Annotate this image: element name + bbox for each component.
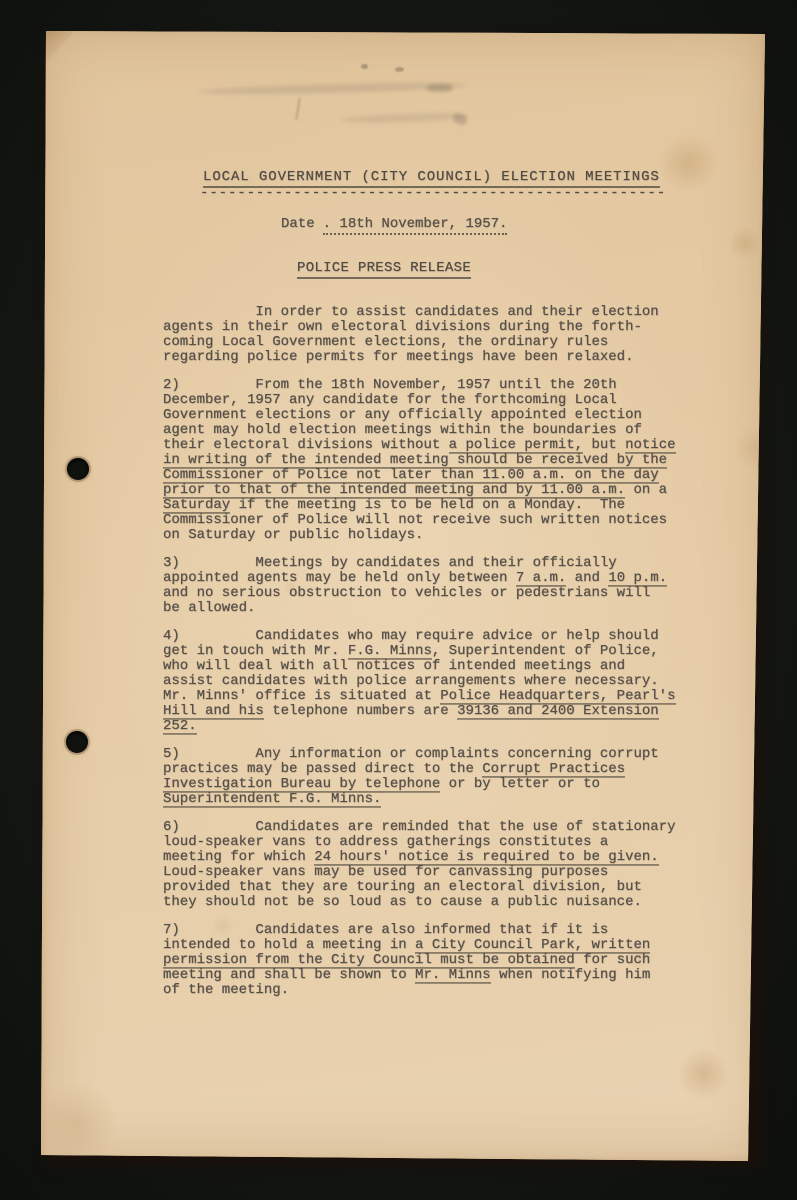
press-release-heading: POLICE PRESS RELEASE (297, 261, 738, 276)
text-run: , Superintendent of Police, (432, 643, 659, 659)
text-run: and (566, 570, 608, 586)
document-line: In order to assist candidates and their … (163, 305, 738, 320)
text-run: Mr. Minns' office is situated at (163, 688, 440, 704)
document-line: meeting for which 24 hours' notice is re… (163, 850, 738, 865)
text-run: get in touch with Mr. (163, 643, 348, 659)
document-line: Mr. Minns' office is situated at Police … (163, 689, 738, 704)
document-line: 252. (163, 719, 738, 734)
document-line: meeting and shall be shown to Mr. Minns … (163, 968, 738, 983)
press-release-heading-text: POLICE PRESS RELEASE (297, 260, 471, 279)
document-body: In order to assist candidates and their … (163, 305, 738, 998)
text-run: when notifying him (491, 967, 651, 983)
paragraph: 7) Candidates are also informed that if … (163, 923, 738, 998)
ink-speck (395, 67, 404, 72)
text-run: In order to assist candidates and their … (163, 304, 659, 320)
document-line: who will deal with all notices of intend… (163, 659, 738, 674)
document-line: they should not be so loud as to cause a… (163, 895, 738, 910)
text-run: provided that they are touring an electo… (163, 879, 642, 895)
text-run: their electoral divisions without (163, 437, 449, 453)
text-run: agents in their own electoral divisions … (163, 319, 642, 335)
punch-hole-top (67, 458, 89, 480)
text-run: December, 1957 any candidate for the for… (163, 392, 617, 408)
text-run: Government elections or any officially a… (163, 407, 642, 423)
text-run: on Saturday or public holidays. (163, 527, 423, 543)
text-run: intended to hold a meeting in (163, 937, 415, 953)
text-run: loud-speaker vans to address gatherings … (163, 834, 608, 850)
text-run: telephone numbers are (264, 703, 457, 719)
document-line: be allowed. (163, 601, 738, 616)
punch-hole-bottom (66, 731, 88, 753)
document-line: assist candidates with police arrangemen… (163, 674, 738, 689)
document-line: Superintendent F.G. Minns. (163, 792, 738, 807)
text-run: assist candidates with police arrangemen… (163, 673, 659, 689)
text-run: 7) Candidates are also informed that if … (163, 922, 608, 938)
document-line: Commissioner of Police not later than 11… (163, 468, 738, 483)
text-run: but (583, 437, 625, 453)
paragraph: 4) Candidates who may require advice or … (163, 629, 738, 734)
text-run: regarding police permits for meetings ha… (163, 349, 633, 365)
document-line: prior to that of the intended meeting an… (163, 483, 738, 498)
text-run: 3) Meetings by candidates and their offi… (163, 555, 617, 571)
text-run: coming Local Government elections, the o… (163, 334, 608, 350)
date-value: . 18th November, 1957. (323, 216, 508, 235)
document-line: intended to hold a meeting in a City Cou… (163, 938, 738, 953)
date-label: Date (281, 216, 315, 232)
text-run: or by letter or to (440, 776, 600, 792)
document-line: and no serious obstruction to vehicles o… (163, 586, 738, 601)
text-run: Commissioner of Police will not receive … (163, 512, 667, 528)
paragraph: 6) Candidates are reminded that the use … (163, 820, 738, 910)
pencil-underlined-text: Superintendent F.G. Minns. (163, 791, 381, 808)
text-run: practices may be passed direct to the (163, 761, 482, 777)
document-line: 3) Meetings by candidates and their offi… (163, 556, 738, 571)
text-run: 5) Any information or complaints concern… (163, 746, 659, 762)
pencil-underlined-text: 39136 and 2400 Extension (457, 703, 659, 720)
document-line: get in touch with Mr. F.G. Minns, Superi… (163, 644, 738, 659)
text-run: if the meeting is to be held on a Monday… (230, 497, 625, 513)
document-line: their electoral divisions without a poli… (163, 438, 738, 453)
pencil-underlined-text: 252. (163, 718, 197, 735)
text-run: 2) From the 18th November, 1957 until th… (163, 377, 617, 393)
document-line: Hill and his telephone numbers are 39136… (163, 704, 738, 719)
text-run: 6) Candidates are reminded that the use … (163, 819, 675, 835)
corner-fold (41, 28, 77, 70)
document-line: on Saturday or public holidays. (163, 528, 738, 543)
text-run: be allowed. (163, 600, 255, 616)
document-line: 4) Candidates who may require advice or … (163, 629, 738, 644)
text-run: agent may hold election meetings within … (163, 422, 642, 438)
document-line: agents in their own electoral divisions … (163, 320, 738, 335)
pencil-underlined-text: Mr. Minns (415, 967, 491, 984)
text-run: who will deal with all notices of intend… (163, 658, 625, 674)
paragraph: 2) From the 18th November, 1957 until th… (163, 378, 738, 543)
pencil-scribble (295, 98, 300, 120)
paragraph: In order to assist candidates and their … (163, 305, 738, 365)
document-line: Government elections or any officially a… (163, 408, 738, 423)
text-run: appointed agents may be held only betwee… (163, 570, 516, 586)
document-line: 7) Candidates are also informed that if … (163, 923, 738, 938)
document-line: permission from the City Council must be… (163, 953, 738, 968)
document-line: agent may hold election meetings within … (163, 423, 738, 438)
document-title: LOCAL GOVERNMENT (CITY COUNCIL) ELECTION… (203, 170, 738, 185)
title-dashed-rule: ----------------------------------------… (200, 186, 738, 201)
document-line: coming Local Government elections, the o… (163, 335, 738, 350)
text-run: meeting for which (163, 849, 314, 865)
paragraph: 3) Meetings by candidates and their offi… (163, 556, 738, 616)
document-content: LOCAL GOVERNMENT (CITY COUNCIL) ELECTION… (163, 170, 738, 998)
document-line: 6) Candidates are reminded that the use … (163, 820, 738, 835)
text-run: on a (625, 482, 667, 498)
paragraph: 5) Any information or complaints concern… (163, 747, 738, 807)
text-run: meeting and shall be shown to (163, 967, 415, 983)
document-page: LOCAL GOVERNMENT (CITY COUNCIL) ELECTION… (41, 28, 765, 1161)
text-run: they should not be so loud as to cause a… (163, 894, 642, 910)
document-line: of the meeting. (163, 983, 738, 998)
document-line: provided that they are touring an electo… (163, 880, 738, 895)
document-line: Commissioner of Police will not receive … (163, 513, 738, 528)
document-line: regarding police permits for meetings ha… (163, 350, 738, 365)
text-run: 4) Candidates who may require advice or … (163, 628, 659, 644)
document-line: practices may be passed direct to the Co… (163, 762, 738, 777)
pencil-scribble (427, 84, 453, 92)
pencil-scribble (452, 112, 469, 126)
date-line: Date. 18th November, 1957. (281, 217, 738, 232)
text-run: for such (575, 952, 651, 968)
document-line: in writing of the intended meeting shoul… (163, 453, 738, 468)
pencil-scribble (199, 80, 467, 96)
document-line: 5) Any information or complaints concern… (163, 747, 738, 762)
text-run: of the meeting. (163, 982, 289, 998)
text-run: Loud-speaker vans may be used for canvas… (163, 864, 608, 880)
document-line: appointed agents may be held only betwee… (163, 571, 738, 586)
text-run: and no serious obstruction to vehicles o… (163, 585, 650, 601)
document-line: loud-speaker vans to address gatherings … (163, 835, 738, 850)
document-line: Investigation Bureau by telephone or by … (163, 777, 738, 792)
ink-speck (361, 64, 368, 69)
document-line: 2) From the 18th November, 1957 until th… (163, 378, 738, 393)
pencil-scribble (341, 112, 469, 124)
document-line: December, 1957 any candidate for the for… (163, 393, 738, 408)
document-line: Loud-speaker vans may be used for canvas… (163, 865, 738, 880)
photo-background: LOCAL GOVERNMENT (CITY COUNCIL) ELECTION… (0, 0, 797, 1200)
document-line: Saturday if the meeting is to be held on… (163, 498, 738, 513)
